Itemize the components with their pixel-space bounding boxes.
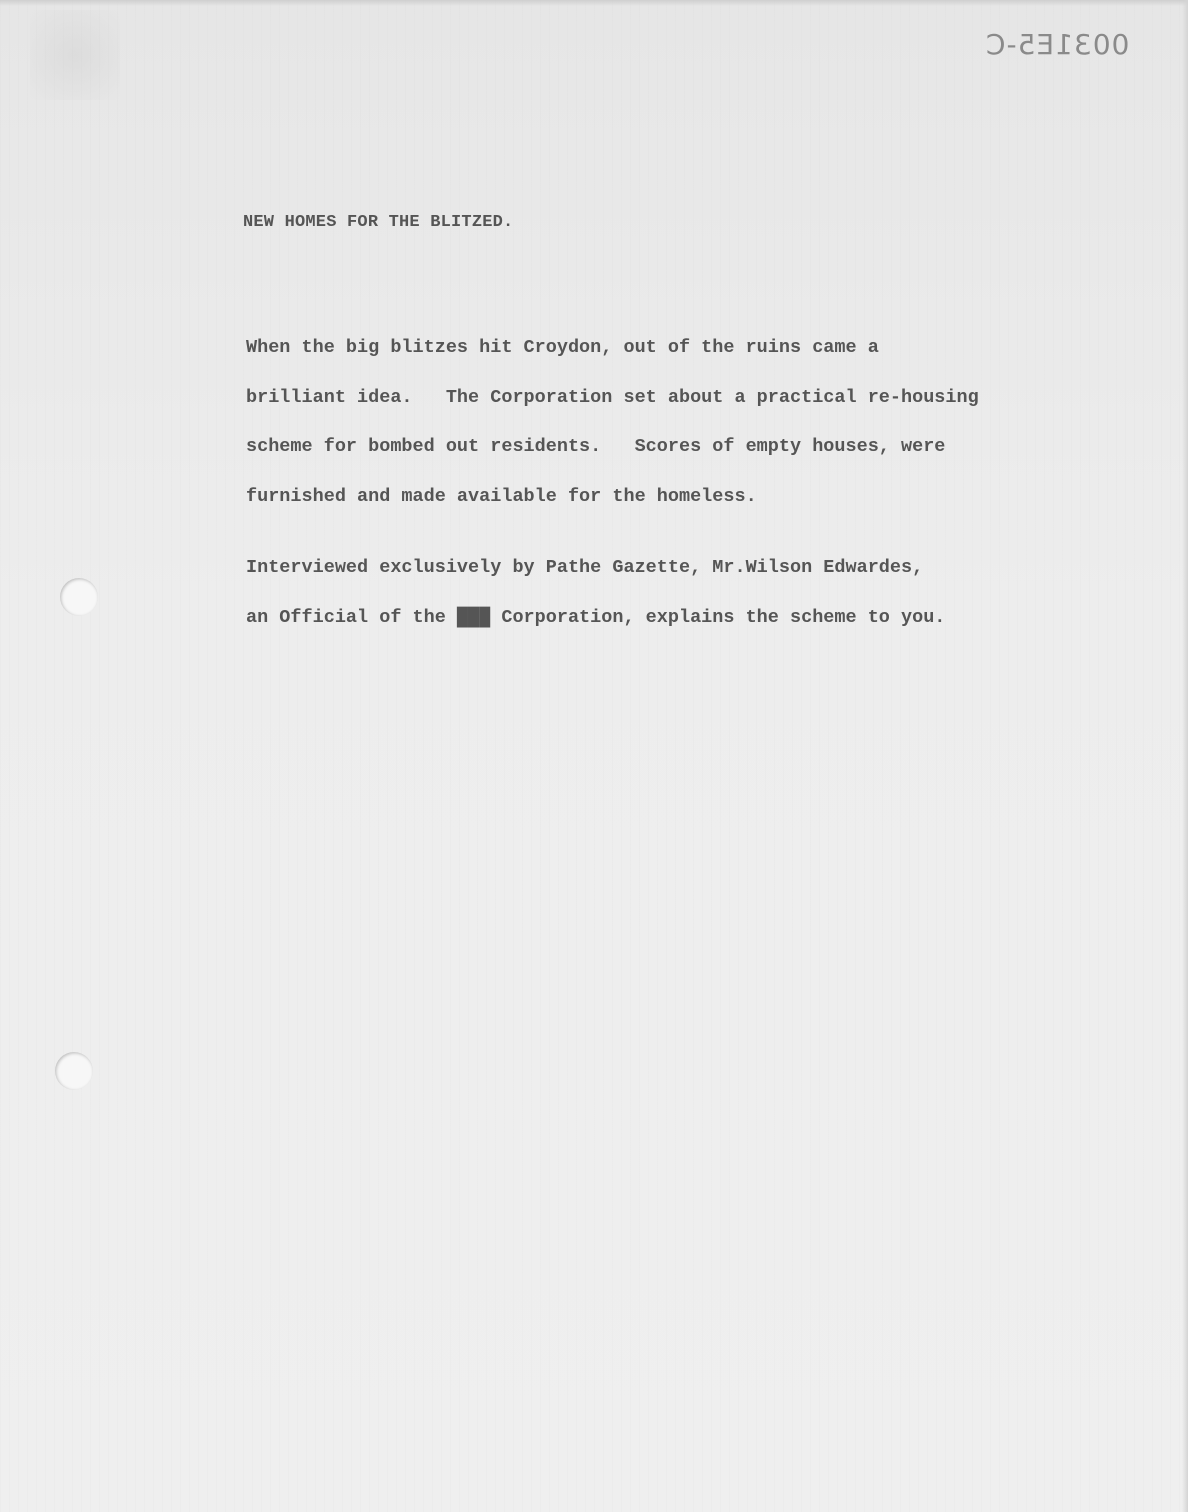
text-line: Interviewed exclusively by Pathe Gazette… bbox=[246, 553, 945, 603]
typed-document-page: 0031E5-C NEW HOMES FOR THE BLITZED. When… bbox=[0, 0, 1188, 1512]
punch-hole-icon bbox=[60, 578, 98, 616]
page-right-edge bbox=[1182, 0, 1188, 1512]
document-title: NEW HOMES FOR THE BLITZED. bbox=[243, 213, 513, 232]
text-line: When the big blitzes hit Croydon, out of… bbox=[246, 333, 979, 383]
paragraph-1: When the big blitzes hit Croydon, out of… bbox=[246, 333, 979, 531]
text-line: scheme for bombed out residents. Scores … bbox=[246, 432, 979, 482]
page-top-edge bbox=[0, 0, 1188, 6]
punch-hole-icon bbox=[55, 1052, 93, 1090]
text-line: an Official of the ███ Corporation, expl… bbox=[246, 603, 945, 653]
corner-smudge bbox=[30, 10, 120, 100]
text-line: brilliant idea. The Corporation set abou… bbox=[246, 383, 979, 433]
paragraph-2: Interviewed exclusively by Pathe Gazette… bbox=[246, 553, 945, 652]
handwritten-reference-number: 0031E5-C bbox=[985, 28, 1129, 61]
text-line: furnished and made available for the hom… bbox=[246, 482, 979, 532]
